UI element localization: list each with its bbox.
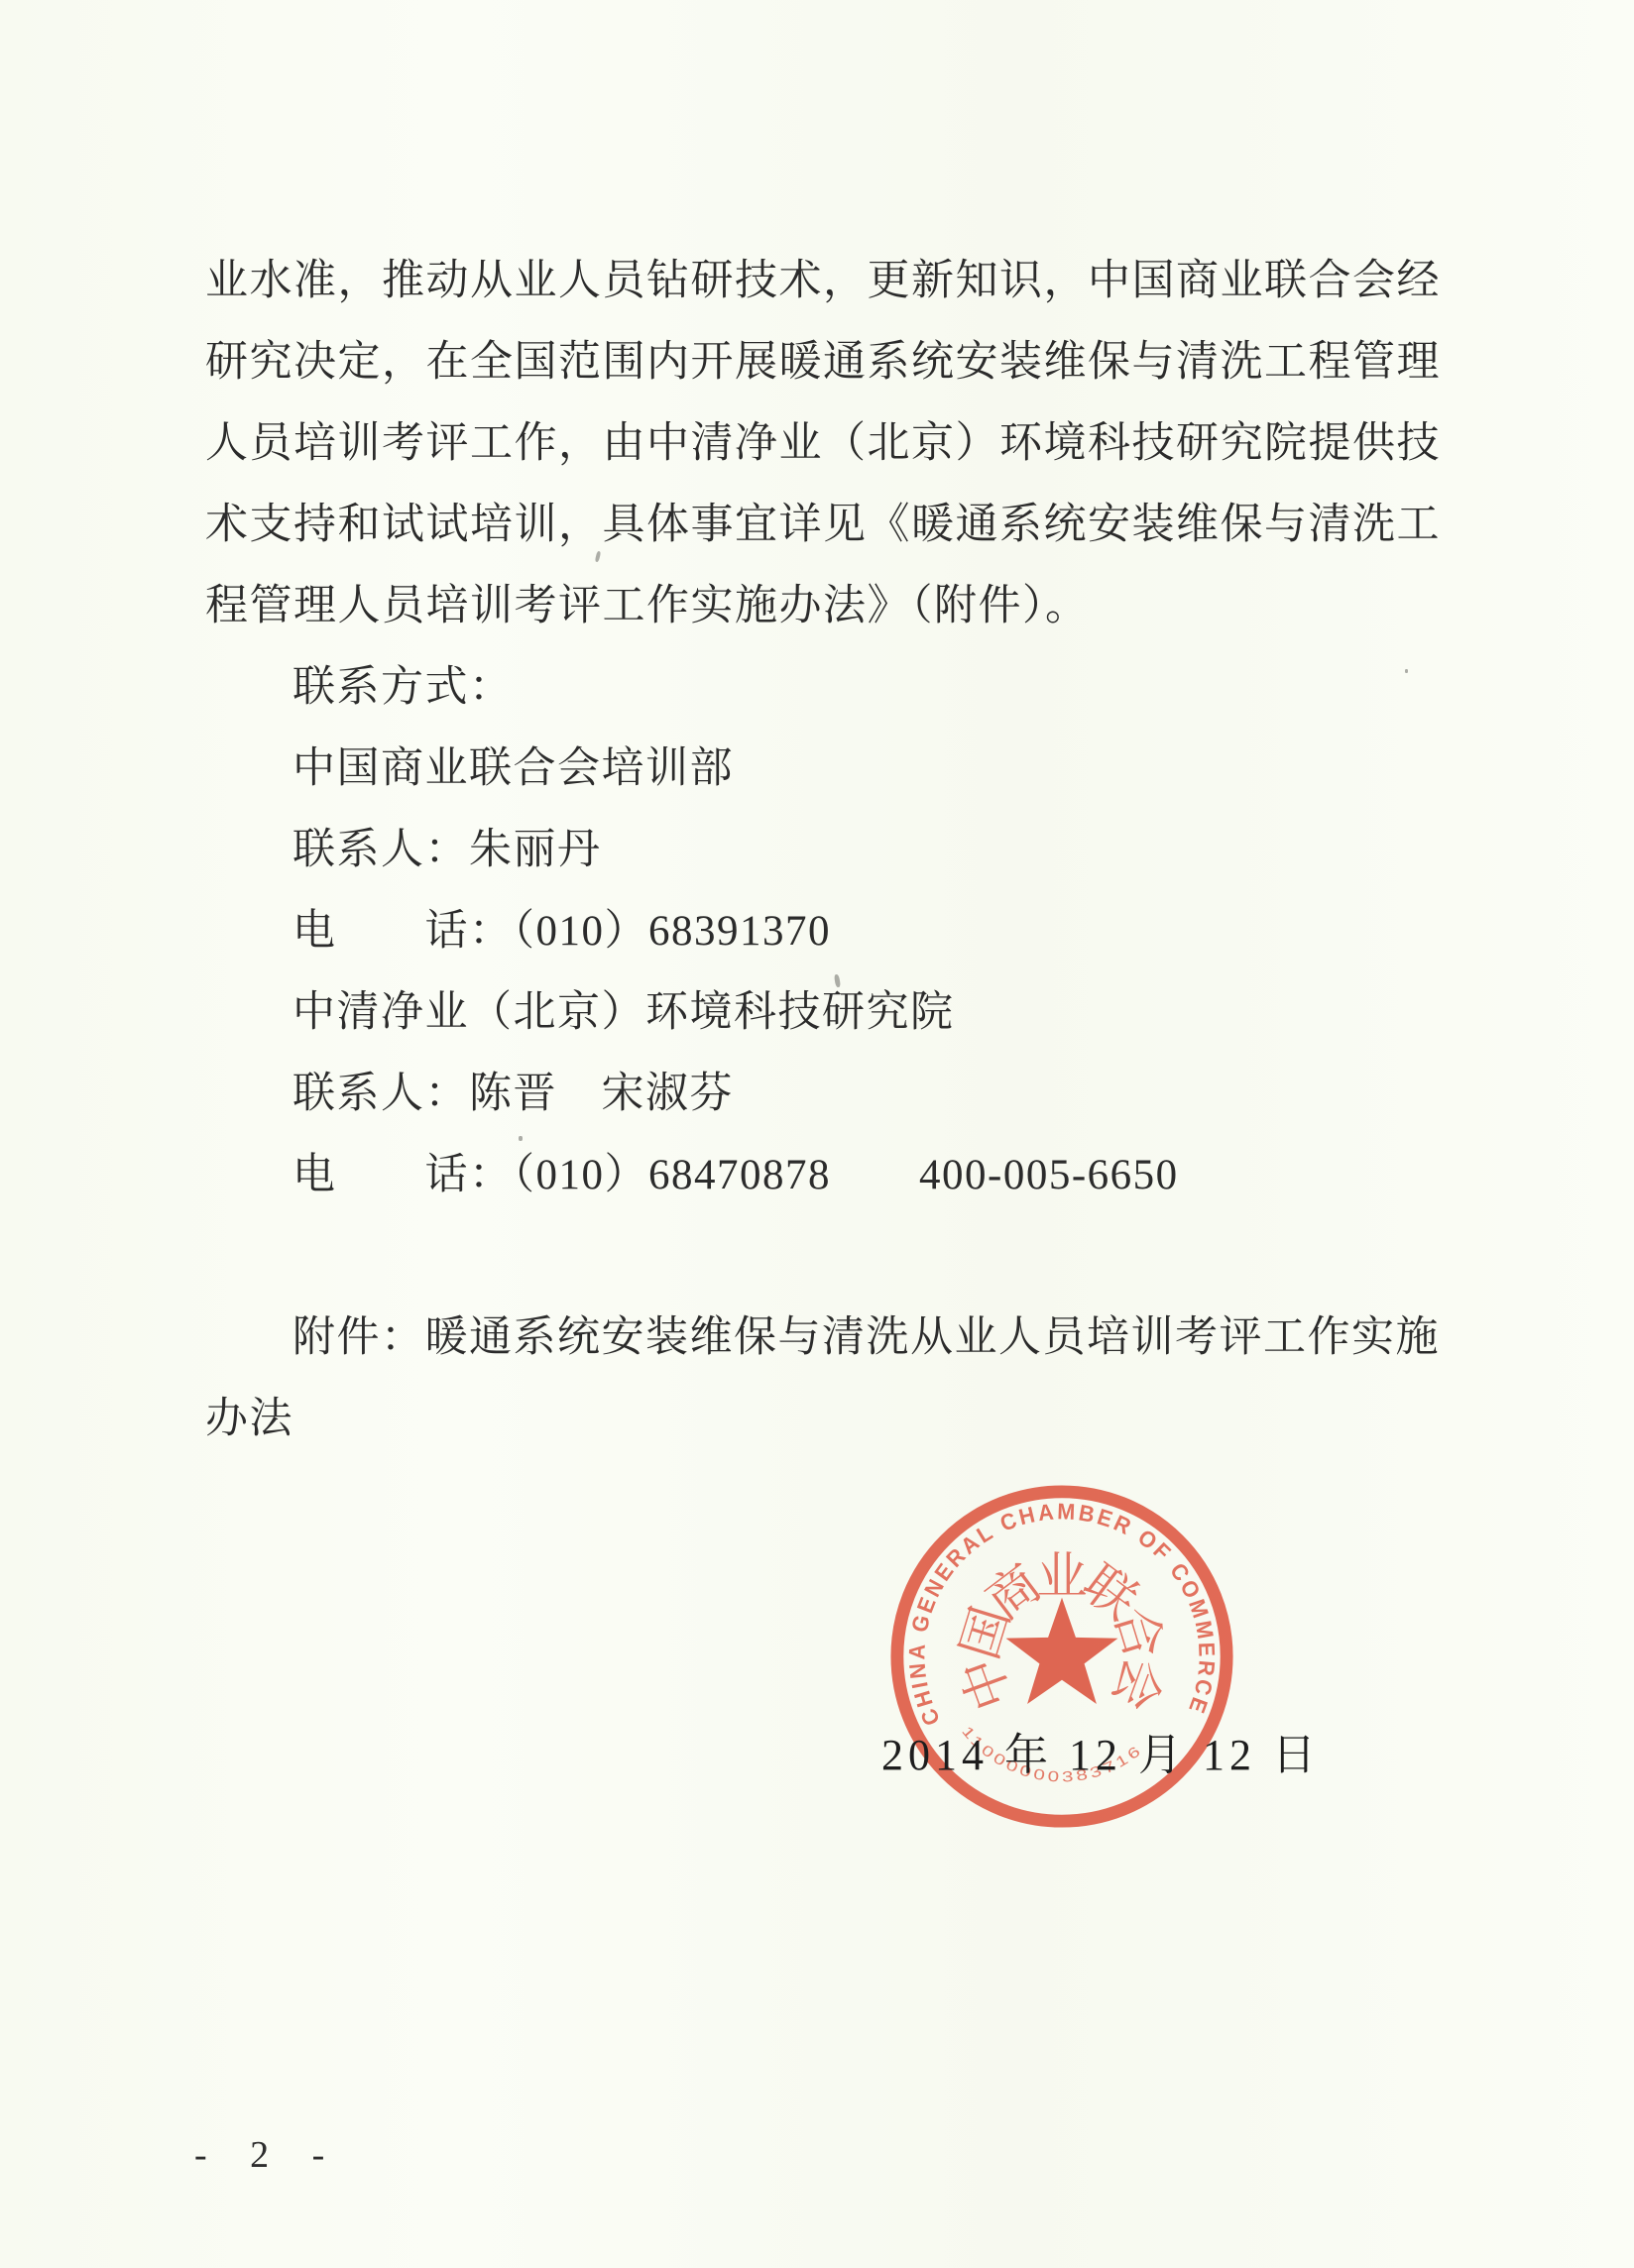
body-line: 人员培训考评工作，由中清净业（北京）环境科技研究院提供技 (205, 403, 1457, 485)
contact-person-line: 联系人：朱丽丹 (205, 810, 1457, 891)
contact-org-line: 中清净业（北京）环境科技研究院 (205, 972, 1457, 1054)
contact-person-line: 联系人：陈晋 宋淑芬 (205, 1054, 1457, 1135)
scanned-document-page: 业水准，推动从业人员钻研技术，更新知识，中国商业联合会经 研究决定，在全国范围内… (0, 0, 1634, 2268)
contact-heading-line: 联系方式： (205, 647, 1457, 729)
page-number: - 2 - (194, 2133, 341, 2177)
contact-phone-line: 电 话：（010）68391370 (205, 891, 1457, 972)
attachment-line: 附件：暖通系统安装维保与清洗从业人员培训考评工作实施 (205, 1298, 1457, 1379)
date-stamp: 2014 年 12 月 12 日 (881, 1719, 1321, 1782)
scan-speck (519, 1136, 523, 1141)
scan-speck (1405, 669, 1408, 673)
seal-char: 会 (1101, 1649, 1171, 1717)
body-line: 术支持和试试培训，具体事宜详见《暖通系统安装维保与清洗工 (205, 485, 1457, 566)
blank-line (205, 1216, 1457, 1298)
letter-body: 业水准，推动从业人员钻研技术，更新知识，中国商业联合会经 研究决定，在全国范围内… (205, 241, 1457, 1460)
attachment-line-continued: 办法 (205, 1379, 1457, 1460)
body-line: 程管理人员培训考评工作实施办法》（附件）。 (205, 566, 1457, 647)
contact-phone-line: 电 话：（010）68470878 400-005-6650 (205, 1135, 1457, 1216)
body-line: 研究决定，在全国范围内开展暖通系统安装维保与清洗工程管理 (205, 322, 1457, 403)
body-line: 业水准，推动从业人员钻研技术，更新知识，中国商业联合会经 (205, 241, 1457, 322)
contact-org-line: 中国商业联合会培训部 (205, 729, 1457, 810)
